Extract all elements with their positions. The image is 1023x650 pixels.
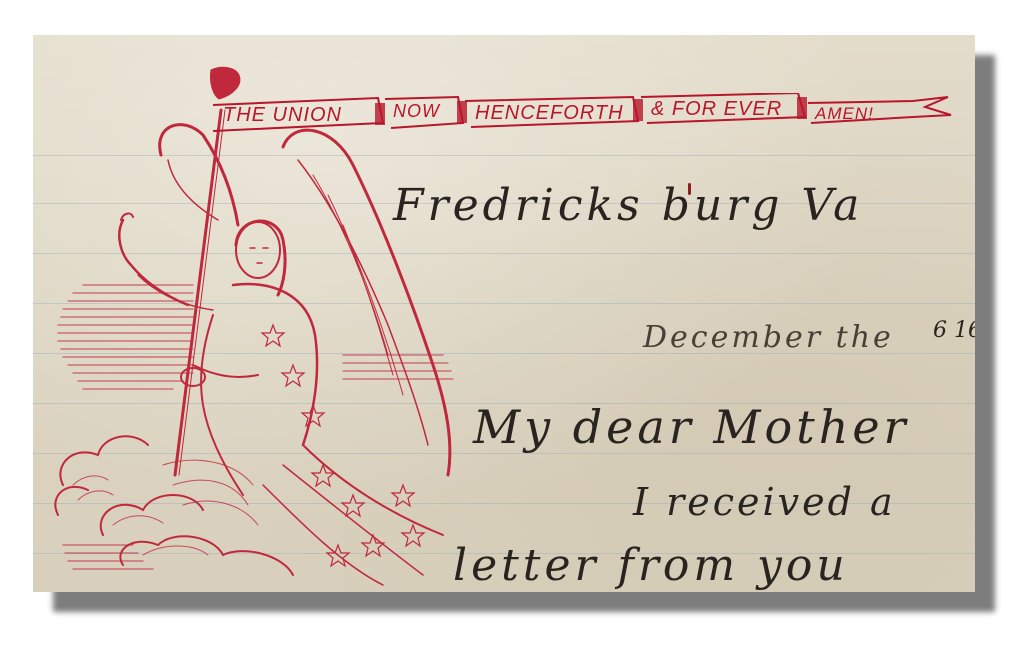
handwritten-date-numerals: 6 16 (933, 318, 975, 343)
page-canvas: THE UNION NOW HENCEFORTH & FOR EVER AMEN… (0, 0, 1023, 650)
banner-word: HENCEFORTH (475, 102, 624, 125)
patriotic-banner: THE UNION NOW HENCEFORTH & FOR EVER AMEN… (213, 93, 953, 143)
angel-illustration (43, 65, 473, 592)
banner-word: AMEN! (815, 104, 874, 124)
banner-word: NOW (393, 101, 440, 122)
handwritten-body-line: letter from you (453, 540, 849, 591)
handwritten-body-line: I received a (633, 480, 896, 524)
handwritten-date: December the (643, 320, 894, 355)
banner-word: & FOR EVER (651, 98, 782, 121)
handwritten-salutation: My dear Mother (473, 400, 910, 454)
letter-sheet: THE UNION NOW HENCEFORTH & FOR EVER AMEN… (33, 35, 975, 592)
handwritten-place: Fredricks burg Va (393, 180, 863, 231)
banner-word: THE UNION (223, 104, 342, 127)
